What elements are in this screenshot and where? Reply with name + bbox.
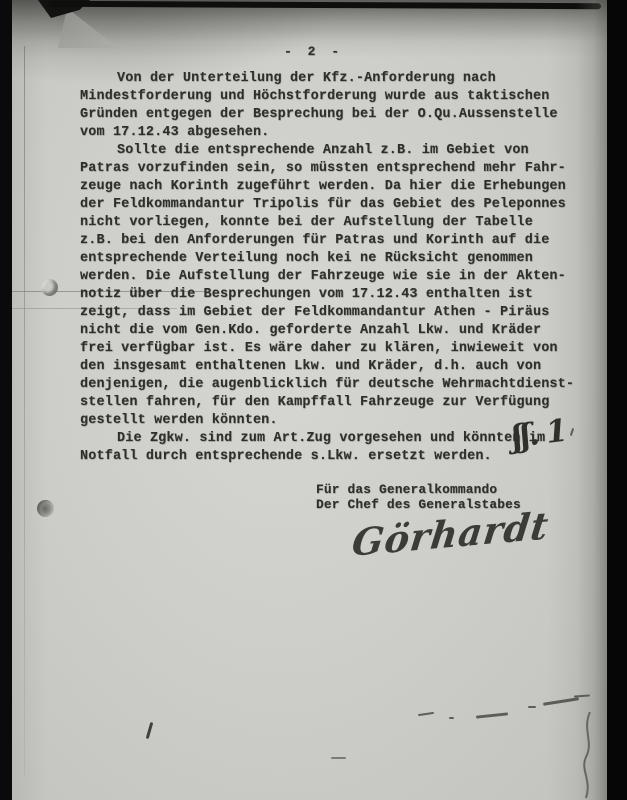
text-line: Sollte die entsprechende Anzahl z.B. im … xyxy=(80,142,585,160)
text-line: Die Zgkw. sind zum Art.Zug vorgesehen un… xyxy=(80,430,585,448)
closing-line-1: Für das Generalkommando xyxy=(316,483,521,498)
text-line: Von der Unterteilung der Kfz.-Anforderun… xyxy=(80,70,585,88)
hole-punch-top xyxy=(41,279,58,296)
vertical-fold-line xyxy=(24,46,25,776)
paragraph: Die Zgkw. sind zum Art.Zug vorgesehen un… xyxy=(80,430,585,466)
document-body: Von der Unterteilung der Kfz.-Anforderun… xyxy=(80,70,585,466)
text-line: werden. Die Aufstellung der Fahrzeuge wi… xyxy=(80,268,585,286)
page-number: - 2 - xyxy=(0,44,627,59)
text-line: nicht die vom Gen.Kdo. geforderte Anzahl… xyxy=(80,322,585,340)
text-line: Mindestforderung und Höchstforderung wur… xyxy=(80,88,585,106)
text-line: z.B. bei den Anforderungen für Patras un… xyxy=(80,232,585,250)
text-line: der Feldkommandantur Tripolis für das Ge… xyxy=(80,196,585,214)
text-line: zeuge nach Korinth zugeführt werden. Da … xyxy=(80,178,585,196)
text-line: Notfall durch entsprechende s.Lkw. erset… xyxy=(80,448,585,466)
text-line: nicht vorliegen, konnte bei der Aufstell… xyxy=(80,214,585,232)
paragraph: Von der Unterteilung der Kfz.-Anforderun… xyxy=(80,70,585,142)
handwritten-annotation-mark: ʃʃ. 1 xyxy=(510,413,568,455)
pencil-scribble xyxy=(528,706,536,708)
text-line: vom 17.12.43 abgesehen. xyxy=(80,124,585,142)
paper-right-curl-shadow xyxy=(577,0,607,800)
stray-pencil-dash xyxy=(331,757,346,759)
text-line: stellen fahren, für den Kampffall Fahrze… xyxy=(80,394,585,412)
hole-punch-bottom xyxy=(37,500,54,517)
pencil-scribble xyxy=(449,717,454,719)
scanned-document-page: - 2 - Von der Unterteilung der Kfz.-Anfo… xyxy=(0,0,627,800)
scanner-edge-left xyxy=(0,0,12,800)
scanner-edge-right xyxy=(607,0,627,800)
text-line: entsprechende Verteilung noch kei ne Rüc… xyxy=(80,250,585,268)
text-line: Patras vorzufinden sein, so müssten ents… xyxy=(80,160,585,178)
text-line: Gründen entgegen der Besprechung bei der… xyxy=(80,106,585,124)
text-line: zeigt, dass im Gebiet der Feldkommandant… xyxy=(80,304,585,322)
text-line: denjenigen, die augenblicklich für deuts… xyxy=(80,376,585,394)
text-line: notiz über die Besprechungen vom 17.12.4… xyxy=(80,286,585,304)
text-line: den insgesamt enthaltenen Lkw. und Kräde… xyxy=(80,358,585,376)
text-line: frei verfügbar ist. Es wäre daher zu klä… xyxy=(80,340,585,358)
paragraph: Sollte die entsprechende Anzahl z.B. im … xyxy=(80,142,585,430)
